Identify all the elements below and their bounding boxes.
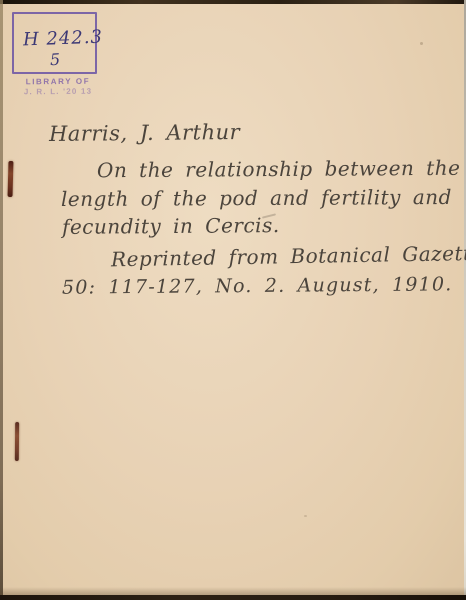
call-number-line1: H 242.3 [23,27,104,51]
bottom-shadow [0,587,466,595]
citation-line-1: Reprinted from Botanical Gazette. [111,241,466,272]
author-line: Harris, J. Arthur [49,120,240,146]
title-line-1: On the relationship between the [97,156,461,183]
scanned-booklet-cover: H 242.3 5 LIBRARY OF J. R. L. '20 13 Har… [0,0,466,600]
staple-top [8,161,14,197]
title-line-2: length of the pod and fertility and [61,185,452,211]
citation-line-2: 50: 117-127, No. 2. August, 1910. [62,273,453,298]
call-number-line2: 5 [50,50,61,70]
staple-bottom [15,422,19,461]
photo-edge-bottom [0,595,466,600]
paper-speck [304,515,307,517]
library-stamp: LIBRARY OF J. R. L. '20 13 [10,77,106,98]
library-stamp-line2: J. R. L. '20 13 [10,87,106,98]
photo-edge-top [0,0,466,4]
call-number-stamp-box: H 242.3 5 [12,12,97,74]
paper-speck [420,42,423,45]
photo-edge-left [0,0,3,600]
title-line-3: fecundity in Cercis. [62,213,280,239]
